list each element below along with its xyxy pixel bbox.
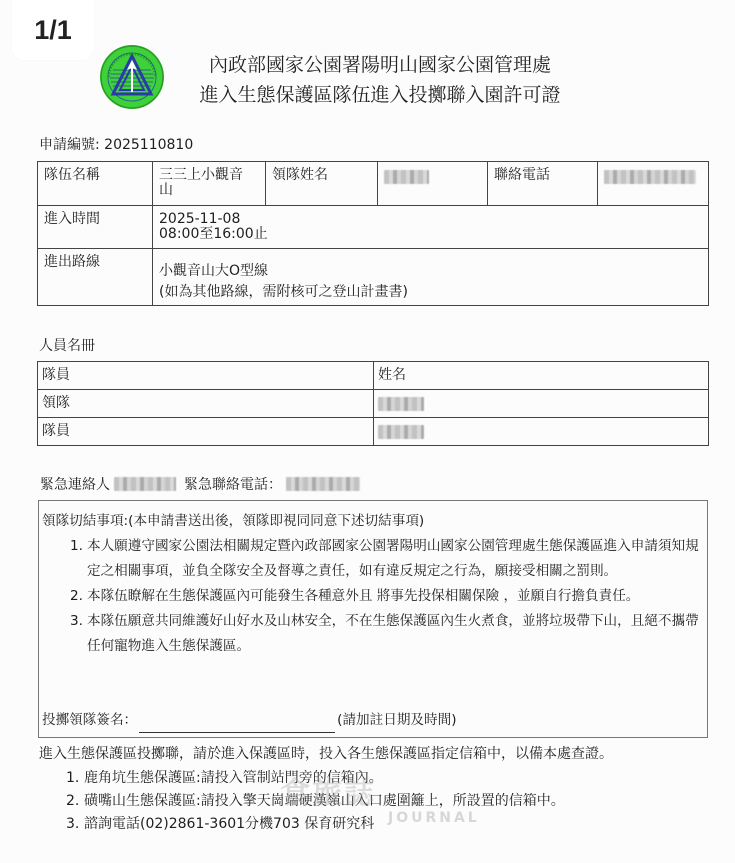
entry-time-label: 進入時間: [38, 206, 153, 249]
roster-table: 隊員 姓名 領隊 隊員: [37, 361, 709, 446]
leader-pledge-box: 領隊切結事項:(本申請書送出後，領隊即視同同意下述切結事項) 1. 本人願遵守國…: [38, 500, 708, 738]
pledge-list: 1. 本人願遵守國家公園法相關規定暨內政部國家公園署陽明山國家公園管理處生態保護…: [42, 534, 703, 659]
redacted-emergency-contact: [114, 477, 176, 491]
application-number-value: 2025110810: [104, 137, 193, 153]
instructions-intro: 進入生態保護區投擲聯，請於進入保護區時，投入各生態保護區指定信箱中，以備本處查證…: [39, 743, 719, 766]
pledge-item: 3. 本隊伍願意共同維護好山好水及山林安全，不在生態保護區內生火煮食，並將垃圾帶…: [42, 609, 703, 659]
phone-label: 聯絡電話: [488, 162, 598, 206]
signature-note: (請加註日期及時間): [337, 712, 456, 728]
application-number-label: 申請編號:: [39, 137, 100, 153]
team-info-table: 隊伍名稱 三三上小觀音山 領隊姓名 聯絡電話 進入時間 2025-11-08 0…: [37, 161, 709, 306]
redacted-member-name: [378, 425, 424, 439]
page-indicator: 1/1: [12, 0, 94, 60]
table-row: 進入時間 2025-11-08 08:00至16:00止: [38, 206, 709, 249]
leader-name-value: [378, 162, 488, 206]
instructions-list: 1. 鹿角坑生態保護區:請投入管制站門旁的信箱內。 2. 磺嘴山生態保護區:請投…: [39, 767, 719, 836]
title-line-agency: 內政部國家公園署陽明山國家公園管理處: [170, 50, 590, 80]
phone-value: [598, 162, 709, 206]
title-line-permit: 進入生態保護區隊伍進入投擲聯入園許可證: [170, 80, 590, 110]
pledge-item: 1. 本人願遵守國家公園法相關規定暨內政部國家公園署陽明山國家公園管理處生態保護…: [42, 534, 703, 584]
roster-role: 領隊: [38, 390, 374, 418]
entry-time-value: 2025-11-08 08:00至16:00止: [153, 206, 709, 249]
park-emblem-logo: [99, 44, 165, 110]
table-row: 領隊: [38, 390, 709, 418]
table-row: 隊伍名稱 三三上小觀音山 領隊姓名 聯絡電話: [38, 162, 709, 206]
redacted-leader-name: [384, 170, 429, 184]
table-row: 隊員: [38, 418, 709, 446]
list-item: 3. 諮詢電話(02)2861-3601分機703 保育研究科: [39, 813, 719, 836]
roster-header-row: 隊員 姓名: [38, 362, 709, 390]
roster-role: 隊員: [38, 418, 374, 446]
entry-date: 2025-11-08: [159, 212, 702, 227]
redacted-member-name: [378, 397, 424, 411]
pledge-heading: 領隊切結事項:(本申請書送出後，領隊即視同同意下述切結事項): [42, 509, 703, 534]
application-number: 申請編號: 2025110810: [39, 134, 193, 154]
route-label: 進出路線: [38, 249, 153, 306]
redacted-emergency-phone: [286, 477, 360, 491]
emergency-phone-label: 緊急聯絡電話：: [184, 474, 282, 494]
route-note: (如為其他路線，需附核可之登山計畫書): [159, 285, 702, 300]
signature-line: 投擲領隊簽名：(請加註日期及時間): [42, 708, 457, 733]
roster-name: [374, 390, 709, 418]
drop-box-instructions: 進入生態保護區投擲聯，請於進入保護區時，投入各生態保護區指定信箱中，以備本處查證…: [39, 743, 719, 836]
emergency-contact-label: 緊急連絡人: [40, 474, 110, 494]
roster-name: [374, 418, 709, 446]
emergency-contact: 緊急連絡人 緊急聯絡電話：: [40, 474, 360, 494]
signature-blank: [139, 717, 335, 733]
redacted-phone: [604, 170, 696, 184]
signature-label: 投擲領隊簽名：: [42, 712, 137, 728]
team-name-label: 隊伍名稱: [38, 162, 153, 206]
team-name-value: 三三上小觀音山: [153, 162, 266, 206]
pledge-item: 2. 本隊伍瞭解在生態保護區內可能發生各種意外且 將事先投保相關保險 ，並願自行…: [42, 584, 703, 609]
route-value: 小觀音山大O型線: [159, 264, 702, 279]
leader-name-label: 領隊姓名: [266, 162, 378, 206]
roster-header-role: 隊員: [38, 362, 374, 390]
list-item: 1. 鹿角坑生態保護區:請投入管制站門旁的信箱內。: [39, 767, 719, 790]
table-row: 進出路線 小觀音山大O型線 (如為其他路線，需附核可之登山計畫書): [38, 249, 709, 306]
roster-section-title: 人員名冊: [39, 335, 95, 355]
entry-hours: 08:00至16:00止: [159, 227, 702, 242]
route-value-cell: 小觀音山大O型線 (如為其他路線，需附核可之登山計畫書): [153, 249, 709, 306]
list-item: 2. 磺嘴山生態保護區:請投入擎天崗端硬漢嶺山入口處圍籬上，所設置的信箱中。: [39, 790, 719, 813]
document-title: 內政部國家公園署陽明山國家公園管理處 進入生態保護區隊伍進入投擲聯入園許可證: [170, 50, 590, 110]
roster-header-name: 姓名: [374, 362, 709, 390]
